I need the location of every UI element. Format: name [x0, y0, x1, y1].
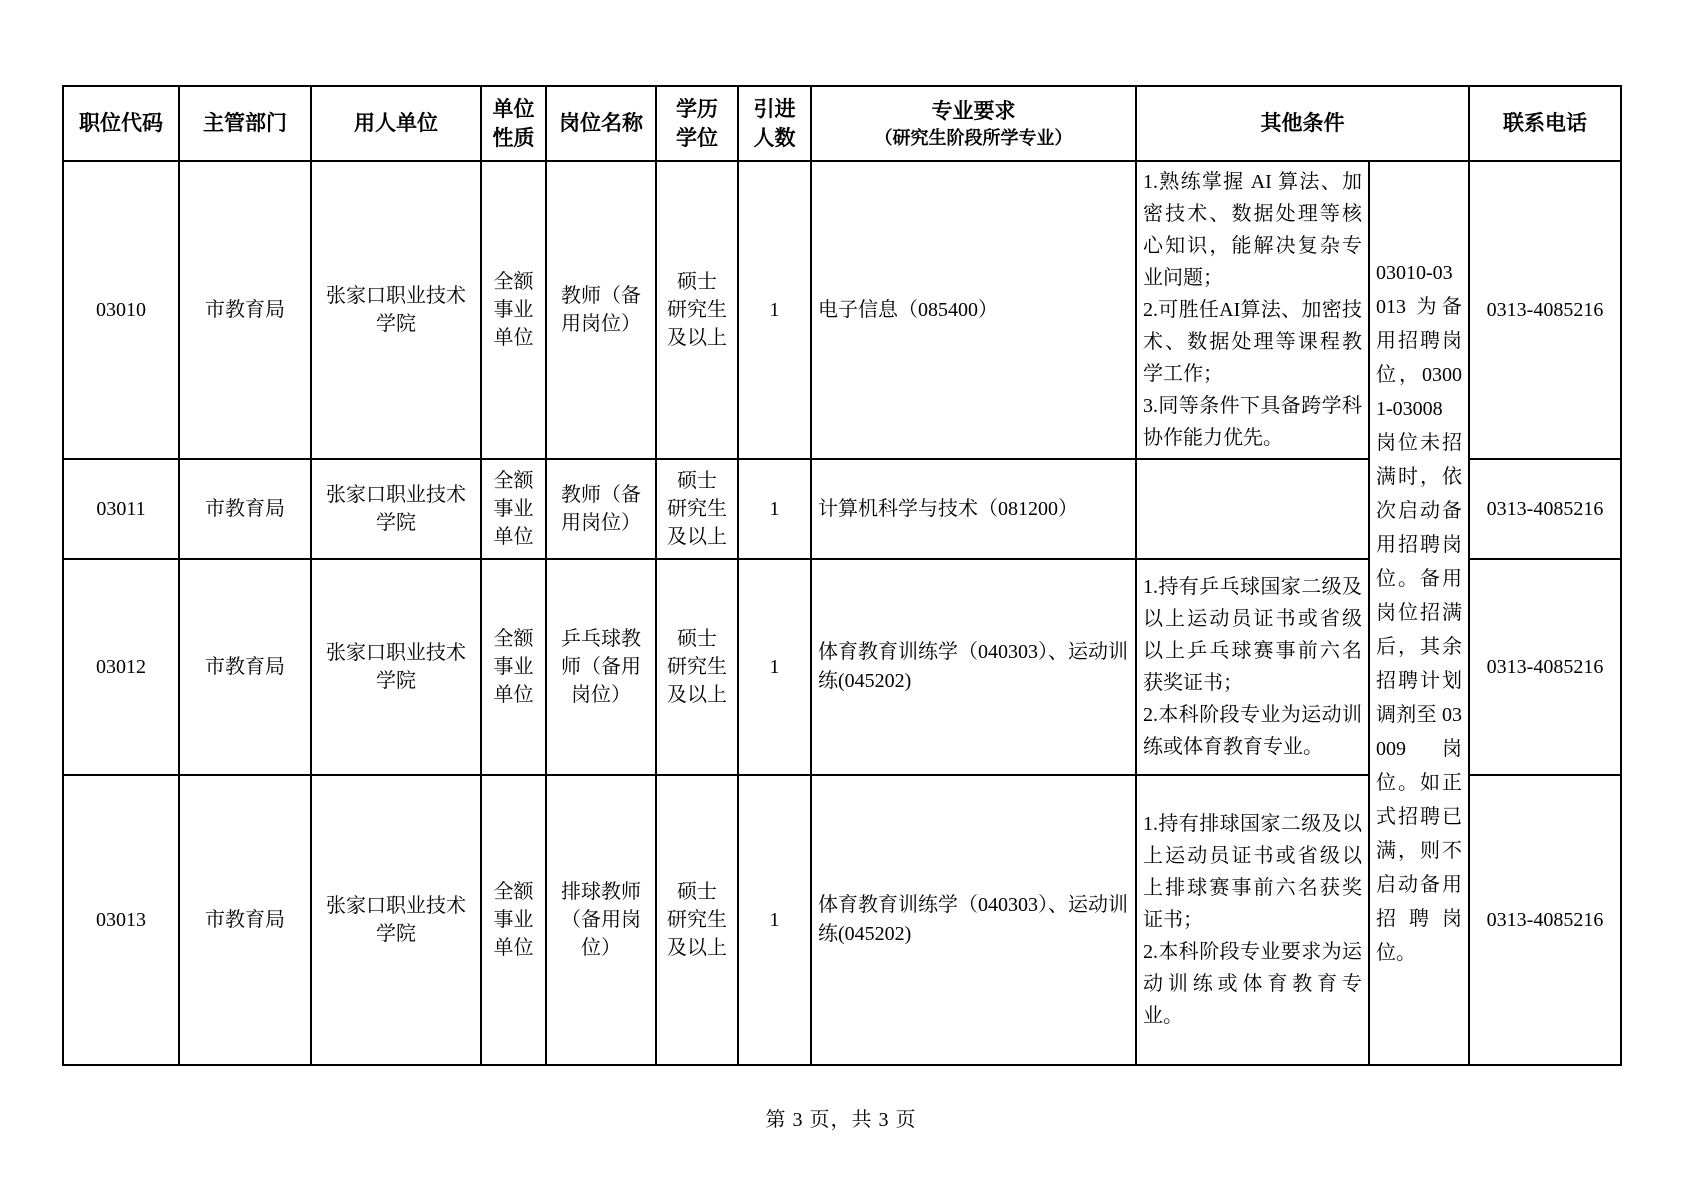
cell-nature: 全额 事业 单位 — [481, 559, 546, 775]
cell-major: 计算机科学与技术（081200） — [811, 459, 1136, 559]
col-header-dept: 主管部门 — [179, 86, 311, 161]
cell-position: 教师（备 用岗位） — [546, 161, 656, 459]
cell-position: 教师（备 用岗位） — [546, 459, 656, 559]
table-row: 03010 市教育局 张家口职业技术 学院 全额 事业 单位 教师（备 用岗位）… — [63, 161, 1621, 459]
col-header-degree: 学历 学位 — [656, 86, 738, 161]
cell-merged-note: 03010-03013 为备用招聘岗位，03001-03008 岗位未招满时，依… — [1369, 161, 1469, 1065]
cell-code: 03010 — [63, 161, 179, 459]
cell-count: 1 — [738, 161, 811, 459]
cell-other-conditions: 1.持有乒乓球国家二级及以上运动员证书或省级以上乒乓球赛事前六名获奖证书； 2.… — [1136, 559, 1369, 775]
cell-nature: 全额 事业 单位 — [481, 161, 546, 459]
cell-degree: 硕士 研究生 及以上 — [656, 559, 738, 775]
cell-count: 1 — [738, 775, 811, 1065]
col-header-code: 职位代码 — [63, 86, 179, 161]
page-number-footer: 第 3 页，共 3 页 — [62, 1103, 1620, 1132]
col-header-employer: 用人单位 — [311, 86, 481, 161]
cell-employer: 张家口职业技术 学院 — [311, 775, 481, 1065]
positions-table: 职位代码 主管部门 用人单位 单位 性质 岗位名称 学历 学位 引进 人数 专业… — [62, 85, 1622, 1066]
col-header-major: 专业要求（研究生阶段所学专业） — [811, 86, 1136, 161]
col-header-major-sub: （研究生阶段所学专业） — [814, 126, 1133, 150]
col-header-nature: 单位 性质 — [481, 86, 546, 161]
cell-degree: 硕士 研究生 及以上 — [656, 775, 738, 1065]
cell-degree: 硕士 研究生 及以上 — [656, 459, 738, 559]
cell-nature: 全额 事业 单位 — [481, 775, 546, 1065]
cell-phone: 0313-4085216 — [1469, 775, 1621, 1065]
document-page: 职位代码 主管部门 用人单位 单位 性质 岗位名称 学历 学位 引进 人数 专业… — [0, 0, 1684, 1191]
cell-count: 1 — [738, 559, 811, 775]
col-header-phone: 联系电话 — [1469, 86, 1621, 161]
cell-code: 03013 — [63, 775, 179, 1065]
header-row: 职位代码 主管部门 用人单位 单位 性质 岗位名称 学历 学位 引进 人数 专业… — [63, 86, 1621, 161]
cell-dept: 市教育局 — [179, 459, 311, 559]
cell-employer: 张家口职业技术 学院 — [311, 161, 481, 459]
cell-dept: 市教育局 — [179, 559, 311, 775]
cell-major: 体育教育训练学（040303）、运动训练(045202) — [811, 559, 1136, 775]
cell-nature: 全额 事业 单位 — [481, 459, 546, 559]
cell-other-conditions — [1136, 459, 1369, 559]
cell-major: 体育教育训练学（040303）、运动训练(045202) — [811, 775, 1136, 1065]
col-header-other: 其他条件 — [1136, 86, 1469, 161]
cell-position: 乒乓球教 师（备用 岗位） — [546, 559, 656, 775]
cell-phone: 0313-4085216 — [1469, 161, 1621, 459]
cell-employer: 张家口职业技术 学院 — [311, 559, 481, 775]
cell-code: 03012 — [63, 559, 179, 775]
cell-dept: 市教育局 — [179, 161, 311, 459]
cell-dept: 市教育局 — [179, 775, 311, 1065]
cell-phone: 0313-4085216 — [1469, 559, 1621, 775]
cell-phone: 0313-4085216 — [1469, 459, 1621, 559]
cell-other-conditions: 1.持有排球国家二级及以上运动员证书或省级以上排球赛事前六名获奖证书； 2.本科… — [1136, 775, 1369, 1065]
cell-major: 电子信息（085400） — [811, 161, 1136, 459]
col-header-count: 引进 人数 — [738, 86, 811, 161]
cell-employer: 张家口职业技术 学院 — [311, 459, 481, 559]
cell-other-conditions: 1.熟练掌握 AI 算法、加密技术、数据处理等核心知识，能解决复杂专业问题； 2… — [1136, 161, 1369, 459]
cell-position: 排球教师 （备用岗 位） — [546, 775, 656, 1065]
cell-count: 1 — [738, 459, 811, 559]
col-header-major-title: 专业要求 — [932, 99, 1016, 123]
col-header-position: 岗位名称 — [546, 86, 656, 161]
cell-code: 03011 — [63, 459, 179, 559]
cell-degree: 硕士 研究生 及以上 — [656, 161, 738, 459]
